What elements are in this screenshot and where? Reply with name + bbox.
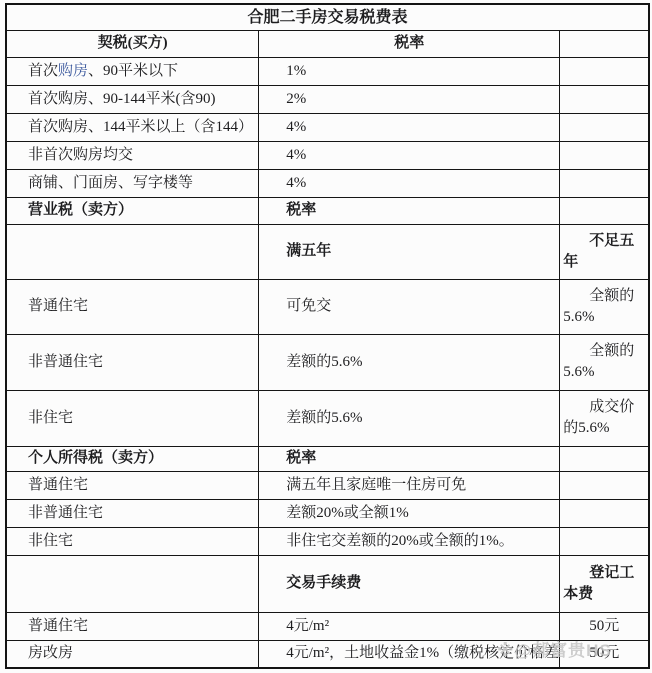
column-header-rate: 税率 (259, 30, 560, 57)
cell-rate: 差额的5.6% (259, 390, 560, 446)
cell-rate: 可免交 (259, 279, 560, 334)
section-header-business-tax: 营业税（卖方） (6, 197, 259, 224)
table-row: 个人所得税（卖方） 税率 (6, 446, 649, 471)
table-row: 营业税（卖方） 税率 (6, 197, 649, 224)
cell-extra (560, 499, 649, 527)
cell-extra: 成交价的5.6% (560, 390, 649, 446)
table-row: 普通住宅 可免交 全额的5.6% (6, 279, 649, 334)
table-row: 合肥二手房交易税费表 (6, 4, 649, 30)
cell-category: 房改房 (6, 640, 259, 668)
cell-category: 首次购房、144平米以上（含144） (6, 113, 259, 141)
cell-rate: 差额的5.6% (259, 334, 560, 390)
cell-category: 首次购房、90-144平米(含90) (6, 85, 259, 113)
cell-extra: 全额的5.6% (560, 334, 649, 390)
table-row: 商铺、门面房、写字楼等 4% (6, 169, 649, 197)
tax-table: 合肥二手房交易税费表 契税(买方) 税率 首次购房、90平米以下 1% 首次购房… (5, 3, 650, 669)
cell-extra: 全额的5.6% (560, 279, 649, 334)
cell-rate: 4元/m²，土地收益金1%（缴税核定价格差 (259, 640, 560, 668)
cell-category (6, 555, 259, 612)
cell-extra (560, 85, 649, 113)
cell-extra (560, 57, 649, 85)
table-row: 房改房 4元/m²，土地收益金1%（缴税核定价格差 50元 (6, 640, 649, 668)
cell-extra (560, 446, 649, 471)
table-row: 满五年 不足五年 (6, 224, 649, 279)
cell-rate: 4% (259, 113, 560, 141)
cell-category: 非住宅 (6, 390, 259, 446)
cell-extra (560, 527, 649, 555)
cell-text: 首次 (28, 63, 58, 79)
column-header-under-5-years: 不足五年 (560, 224, 649, 279)
column-header-rate: 税率 (259, 446, 560, 471)
cell-category: 普通住宅 (6, 612, 259, 640)
cell-category: 非住宅 (6, 527, 259, 555)
cell-rate: 满五年且家庭唯一住房可免 (259, 471, 560, 499)
cell-rate: 2% (259, 85, 560, 113)
column-header-rate: 税率 (259, 197, 560, 224)
table-row: 首次购房、90-144平米(含90) 2% (6, 85, 649, 113)
column-header-registration-fee: 登记工本费 (560, 555, 649, 612)
cell-rate: 4% (259, 141, 560, 169)
cell-extra (560, 197, 649, 224)
table-row: 普通住宅 4元/m² 50元 (6, 612, 649, 640)
cell-extra (560, 113, 649, 141)
table-row: 首次购房、144平米以上（含144） 4% (6, 113, 649, 141)
cell-extra (560, 471, 649, 499)
column-header-over-5-years: 满五年 (259, 224, 560, 279)
cell-category: 非普通住宅 (6, 499, 259, 527)
cell-category: 首次购房、90平米以下 (6, 57, 259, 85)
cell-rate: 非住宅交差额的20%或全额的1%。 (259, 527, 560, 555)
cell-extra (560, 141, 649, 169)
cell-category: 商铺、门面房、写字楼等 (6, 169, 259, 197)
cell-text: 、90平米以下 (88, 63, 178, 79)
cell-category: 普通住宅 (6, 279, 259, 334)
cell-extra (560, 30, 649, 57)
cell-category: 非首次购房均交 (6, 141, 259, 169)
cell-rate: 4元/m² (259, 612, 560, 640)
cell-fee: 50元 (560, 612, 649, 640)
table-row: 交易手续费 登记工本费 (6, 555, 649, 612)
cell-category: 普通住宅 (6, 471, 259, 499)
cell-rate: 1% (259, 57, 560, 85)
cell-category (6, 224, 259, 279)
table-row: 普通住宅 满五年且家庭唯一住房可免 (6, 471, 649, 499)
cell-extra (560, 169, 649, 197)
section-header-deed-tax: 契税(买方) (6, 30, 259, 57)
table-row: 非住宅 差额的5.6% 成交价的5.6% (6, 390, 649, 446)
table-row: 非普通住宅 差额20%或全额1% (6, 499, 649, 527)
page-title: 合肥二手房交易税费表 (6, 4, 649, 30)
cell-category: 非普通住宅 (6, 334, 259, 390)
table-row: 非住宅 非住宅交差额的20%或全额的1%。 (6, 527, 649, 555)
cell-fee: 50元 (560, 640, 649, 668)
table-row: 非首次购房均交 4% (6, 141, 649, 169)
table-row: 首次购房、90平米以下 1% (6, 57, 649, 85)
cell-rate: 4% (259, 169, 560, 197)
keyword-link[interactable]: 购房 (58, 63, 88, 79)
table-row: 契税(买方) 税率 (6, 30, 649, 57)
cell-rate: 差额20%或全额1% (259, 499, 560, 527)
table-row: 非普通住宅 差额的5.6% 全额的5.6% (6, 334, 649, 390)
section-header-income-tax: 个人所得税（卖方） (6, 446, 259, 471)
column-header-transaction-fee: 交易手续费 (259, 555, 560, 612)
